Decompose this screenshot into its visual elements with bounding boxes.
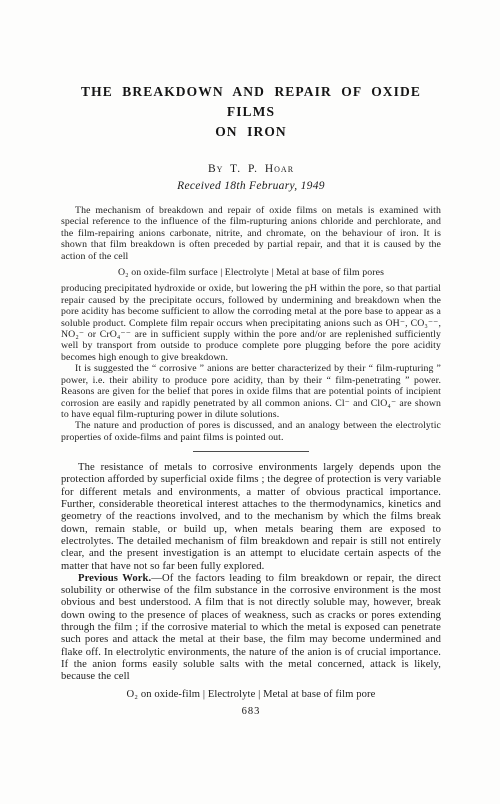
paper-title-line2: ON IRON xyxy=(215,124,287,139)
electrochemical-cell-line-2: O₂ on oxide-film | Electrolyte | Metal a… xyxy=(61,689,441,701)
page-number: 683 xyxy=(61,706,441,717)
article-body: The resistance of metals to corrosive en… xyxy=(61,462,441,702)
abstract-paragraph-1: The mechanism of breakdown and repair of… xyxy=(61,205,441,262)
body-paragraph-2: Previous Work.—Of the factors leading to… xyxy=(61,573,441,684)
abstract-section: The mechanism of breakdown and repair of… xyxy=(61,205,441,443)
abstract-paragraph-2: producing precipitated hydroxide or oxid… xyxy=(61,283,441,363)
previous-work-heading: Previous Work. xyxy=(78,573,151,584)
paper-title: THE BREAKDOWN AND REPAIR OF OXIDE FILMS … xyxy=(61,82,441,142)
section-divider-rule xyxy=(193,451,309,452)
abstract-paragraph-4: The nature and production of pores is di… xyxy=(61,420,441,443)
text-block: THE BREAKDOWN AND REPAIR OF OXIDE FILMS … xyxy=(61,82,441,717)
paper-title-line1: THE BREAKDOWN AND REPAIR OF OXIDE FILMS xyxy=(81,84,421,119)
electrochemical-cell-line-1: O₂ on oxide-film surface | Electrolyte |… xyxy=(61,267,441,278)
body-paragraph-2-text: —Of the factors leading to film breakdow… xyxy=(61,573,441,682)
received-date-line: Received 18th February, 1949 xyxy=(61,180,441,192)
author-byline: By T. P. Hoar xyxy=(61,163,441,175)
abstract-paragraph-3: It is suggested the “ corrosive ” anions… xyxy=(61,363,441,420)
body-paragraph-1: The resistance of metals to corrosive en… xyxy=(61,462,441,573)
scanned-paper-page: THE BREAKDOWN AND REPAIR OF OXIDE FILMS … xyxy=(0,0,500,804)
